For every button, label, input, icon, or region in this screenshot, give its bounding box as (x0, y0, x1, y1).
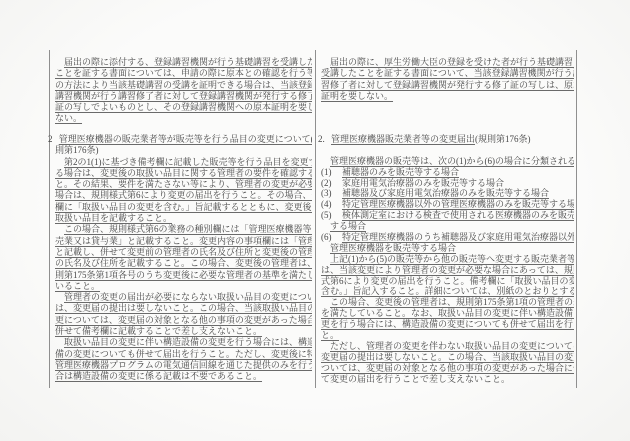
list-item-number: (6) (321, 232, 334, 243)
line-text: 則第175条第1項各号のうち変更後に必要な管理者の基準を満たして (55, 270, 312, 280)
text-line: 管理医療機器を販売等する場合 (321, 243, 574, 254)
line-text: 証の写しでよいものとし、その登録講習機関への原本証明を要し (55, 102, 312, 112)
text-line: (2)家庭用電気治療器のみを販売等する場合 (321, 178, 574, 189)
text-line: 第2の1(1)に基づき備考欄に記載した販売等を行う品目を変更す (55, 157, 312, 168)
line-text: 特定管理医療機器のうち補聴器及び家庭用電気治療器以外の (342, 232, 574, 242)
line-text: 含む。」旨記入すること。詳細については、別紙のとおりとする。 (321, 286, 574, 296)
table-border-right (576, 50, 577, 388)
text-line: 合は構造設備の変更に係る記載は不要であること。 (55, 371, 312, 382)
line-text: の方法により当該基礎講習の受講を証明できる場合は、当該登録 (55, 80, 312, 90)
right-section-title-suffix: (規則第176条) (475, 134, 531, 144)
line-text: と記載し、併せて変更前の管理者の氏名及び住所と変更後の管理者 (55, 247, 312, 257)
text-line: 併せて備考欄に記載することで差し支えないこと。 (55, 326, 312, 337)
list-item-number: (3) (321, 188, 334, 199)
line-text: る場合は、変更後の取扱い品目に関する管理者の要件を確認するこ (55, 168, 312, 178)
text-line: 式第6により変更の届出を行うこと。備考欄に「取扱い品目の変更を (321, 276, 574, 287)
list-item-number: (5) (321, 210, 334, 221)
list-item-number: (1) (321, 167, 334, 178)
text-line: ない。 (55, 113, 312, 124)
line-text: と。 (321, 330, 339, 340)
text-line: 更については、変更届の対象となる他の事項の変更があった場合に (55, 315, 312, 326)
line-text: する場合 (330, 221, 366, 231)
text-line: 管理医療機器プログラムの電気通信回線を通じた提供のみを行う場 (55, 360, 312, 371)
text-line: 習修了者に対して登録講習機関が発行する修了証の写しは、原本 (321, 80, 574, 91)
left-section-heading-continuation: 則第176条) (55, 145, 312, 156)
text-line: 欄に「取扱い品目の変更を含む。」旨記載するとともに、変更後の (55, 202, 312, 213)
text-line: 売業又は貸与業」と記載すること。変更内容の事項欄には「管理者」 (55, 236, 312, 247)
left-column-top-paragraph: 届出の際に添付する、登録講習機関が行う基礎講習を受講したことを証する書面について… (55, 57, 312, 125)
text-line: 備の変更についても併せて届出を行うこと。ただし、変更後に特定 (55, 349, 312, 360)
line-text: 管理医療機器プログラムの電気通信回線を通じた提供のみを行う場 (55, 360, 312, 370)
text-line: る場合は、変更後の取扱い品目に関する管理者の要件を確認するこ (55, 168, 312, 179)
text-line: 取扱い品目を記載すること。 (55, 213, 312, 224)
line-text: この場合、規則様式第6の業務の種別欄には「管理医療機器等の販 (64, 224, 312, 234)
line-text: ない。 (55, 113, 82, 123)
text-line: 含む。」旨記入すること。詳細については、別紙のとおりとする。 (321, 286, 574, 297)
line-text: 更については、変更届の対象となる他の事項の変更があった場合に (55, 315, 312, 325)
text-line: (6)特定管理医療機器のうち補聴器及び家庭用電気治療器以外の (321, 232, 574, 243)
text-line: (5)検体測定室における検査で使用される医療機器のみを販売等 (321, 210, 574, 221)
line-text: 売業又は貸与業」と記載すること。変更内容の事項欄には「管理者」 (55, 236, 312, 246)
text-line: て変更の届出を行うことで差し支えないこと。 (321, 374, 574, 385)
text-line: 証の写しでよいものとし、その登録講習機関への原本証明を要し (55, 102, 312, 113)
line-text: の氏名及び住所を記載すること。この場合、変更後の管理者は、規 (55, 258, 312, 268)
text-line: の方法により当該基礎講習の受講を証明できる場合は、当該登録 (55, 80, 312, 91)
line-text: を満たしていること。なお、取扱い品目の変更に伴い構造設備の変 (321, 308, 574, 318)
text-line: の氏名及び住所を記載すること。この場合、変更後の管理者は、規 (55, 258, 312, 269)
right-section-body: 管理医療機器の販売等は、次の(1)から(6)の場合に分類される。(1)補聴器のみ… (321, 145, 574, 385)
text-line: する場合 (321, 221, 574, 232)
line-text: 管理医療機器の販売等は、次の(1)から(6)の場合に分類される。 (330, 156, 574, 166)
line-text: 証明を要しない。 (321, 91, 393, 101)
left-section-title: 管理医療機器の販売業者等が販売等を行う品目の変更について(規 (59, 134, 312, 144)
line-text: て変更の届出を行うことで差し支えないこと。 (321, 374, 510, 384)
text-line: 則第175条第1項各号のうち変更後に必要な管理者の基準を満たして (55, 270, 312, 281)
line-text: は、当該変更により管理者の変更が必要な場合にあっては、規則様 (321, 265, 574, 275)
line-text: 備の変更についても併せて届出を行うこと。ただし、変更後に特定 (55, 349, 312, 359)
list-item-number: (2) (321, 178, 334, 189)
text-line: いること。 (55, 281, 312, 292)
line-text: 届出の際に、厚生労働大臣の登録を受けた者が行う基礎講習を (330, 57, 574, 67)
line-text: 届出の際に添付する、登録講習機関が行う基礎講習を受講した (64, 57, 312, 67)
text-line: と。 (321, 330, 574, 341)
text-line: (1)補聴器のみを販売等する場合 (321, 167, 574, 178)
line-text: 検体測定室における検査で使用される医療機器のみを販売等 (342, 210, 574, 220)
text-line: を満たしていること。なお、取扱い品目の変更に伴い構造設備の変 (321, 308, 574, 319)
text-line: は、当該変更により管理者の変更が必要な場合にあっては、規則様 (321, 265, 574, 276)
text-line: この場合、変更後の管理者は、規則第175条第1項の管理者の基準 (321, 297, 574, 308)
text-line: 受講したことを証する書面について、当該登録講習機関が行う講 (321, 68, 574, 79)
text-line: ついては、変更届の対象となる他の事項の変更があった場合に併せ (321, 363, 574, 374)
line-text: 取扱い品目を記載すること。 (55, 213, 172, 223)
text-line: は、変更届の提出は要しないこと。この場合、当該取扱い品目の変 (55, 303, 312, 314)
right-section-number: 2. (318, 134, 325, 145)
right-column-top-paragraph: 届出の際に、厚生労働大臣の登録を受けた者が行う基礎講習を受講したことを証する書面… (321, 57, 574, 102)
left-section-title-continuation: 則第176条) (55, 145, 99, 155)
scanned-document-page: 届出の際に添付する、登録講習機関が行う基礎講習を受講したことを証する書面について… (0, 0, 630, 441)
left-section-number: 2 (48, 134, 53, 145)
text-line: (3)補聴器及び家庭用電気治療器のみを販売等する場合 (321, 188, 574, 199)
text-line: 届出の際に、厚生労働大臣の登録を受けた者が行う基礎講習を (321, 57, 574, 68)
text-line: 講習機関が行う講習修了者に対して登録講習機関が発行する修了 (55, 91, 312, 102)
text-line: 場合は、規則様式第6により変更の届出を行うこと。その場合、備考 (55, 190, 312, 201)
text-line: 管理医療機器の販売等は、次の(1)から(6)の場合に分類される。 (321, 156, 574, 167)
line-text: 受講したことを証する書面について、当該登録講習機関が行う講 (321, 68, 574, 78)
line-text: ただし、管理者の変更を伴わない取扱い品目の変更については、 (330, 341, 574, 351)
line-text: ついては、変更届の対象となる他の事項の変更があった場合に併せ (321, 363, 574, 373)
text-line: 管理者の変更の届出が必要にならない取扱い品目の変更について (55, 292, 312, 303)
line-text: 取扱い品目の変更に伴い構造設備の変更を行う場合には、構造設 (64, 337, 312, 347)
text-line: 上記(1)から(5)の販売等から他の販売等へ変更する販売業者等 (321, 254, 574, 265)
line-text: 変更届の提出は要しないこと。この場合、当該取扱い品目の変更に (321, 352, 574, 362)
left-column-section: 2 管理医療機器の販売業者等が販売等を行う品目の変更について(規 則第176条)… (55, 134, 312, 383)
text-line: 更を行う場合には、構造設備の変更についても併せて届出を行うこ (321, 319, 574, 330)
text-line: 証明を要しない。 (321, 91, 574, 102)
table-column-divider (315, 50, 316, 388)
line-text: 習修了者に対して登録講習機関が発行する修了証の写しは、原本 (321, 80, 574, 90)
line-text: 第2の1(1)に基づき備考欄に記載した販売等を行う品目を変更す (64, 157, 312, 167)
line-text: 講習機関が行う講習修了者に対して登録講習機関が発行する修了 (55, 91, 312, 101)
left-section-heading: 2 管理医療機器の販売業者等が販売等を行う品目の変更について(規 (48, 134, 312, 145)
line-text: ことを証する書面については、申請の際に原本との確認を行う等 (55, 68, 312, 78)
line-text: この場合、変更後の管理者は、規則第175条第1項の管理者の基準 (330, 297, 574, 307)
line-text: 式第6により変更の届出を行うこと。備考欄に「取扱い品目の変更を (321, 276, 574, 286)
text-line: 届出の際に添付する、登録講習機関が行う基礎講習を受講した (55, 57, 312, 68)
text-line: 取扱い品目の変更に伴い構造設備の変更を行う場合には、構造設 (55, 337, 312, 348)
table-border-left (49, 50, 50, 388)
right-section-heading: 2. 管理医療機器販売業者等の変更届出(規則第176条) (318, 134, 574, 145)
text-line: 変更届の提出は要しないこと。この場合、当該取扱い品目の変更に (321, 352, 574, 363)
line-text: 補聴器のみを販売等する場合 (342, 167, 459, 177)
line-text: 家庭用電気治療器のみを販売等する場合 (342, 178, 504, 188)
list-item-number: (4) (321, 199, 334, 210)
line-text: 管理医療機器を販売等する場合 (330, 243, 456, 253)
line-text: 場合は、規則様式第6により変更の届出を行うこと。その場合、備考 (55, 190, 312, 200)
left-section-body: 第2の1(1)に基づき備考欄に記載した販売等を行う品目を変更する場合は、変更後の… (55, 157, 312, 383)
line-text: 管理者の変更の届出が必要にならない取扱い品目の変更について (64, 292, 312, 302)
text-line: と。その結果、要件を満たさない等により、管理者の変更が必要な (55, 179, 312, 190)
text-line: (4)特定管理医療機器以外の管理医療機器のみを販売等する場合 (321, 199, 574, 210)
text-line: ことを証する書面については、申請の際に原本との確認を行う等 (55, 68, 312, 79)
text-line: この場合、規則様式第6の業務の種別欄には「管理医療機器等の販 (55, 224, 312, 235)
line-text: 併せて備考欄に記載することで差し支えないこと。 (55, 326, 262, 336)
right-section-title: 管理医療機器販売業者等の変更届出 (331, 134, 475, 144)
text-line: と記載し、併せて変更前の管理者の氏名及び住所と変更後の管理者 (55, 247, 312, 258)
line-text: いること。 (55, 281, 100, 291)
text-line: ただし、管理者の変更を伴わない取扱い品目の変更については、 (321, 341, 574, 352)
line-text: は、変更届の提出は要しないこと。この場合、当該取扱い品目の変 (55, 303, 312, 313)
line-text: 上記(1)から(5)の販売等から他の販売等へ変更する販売業者等 (330, 254, 574, 264)
line-text: 合は構造設備の変更に係る記載は不要であること。 (55, 371, 262, 381)
line-text: 特定管理医療機器以外の管理医療機器のみを販売等する場合 (342, 199, 574, 209)
line-text: 補聴器及び家庭用電気治療器のみを販売等する場合 (342, 188, 549, 198)
line-text: 欄に「取扱い品目の変更を含む。」旨記載するとともに、変更後の (55, 202, 312, 212)
blank-line (321, 145, 574, 156)
right-column-section: 2. 管理医療機器販売業者等の変更届出(規則第176条) 管理医療機器の販売等は… (321, 134, 574, 384)
line-text: と。その結果、要件を満たさない等により、管理者の変更が必要な (55, 179, 312, 189)
line-text: 更を行う場合には、構造設備の変更についても併せて届出を行うこ (321, 319, 574, 329)
